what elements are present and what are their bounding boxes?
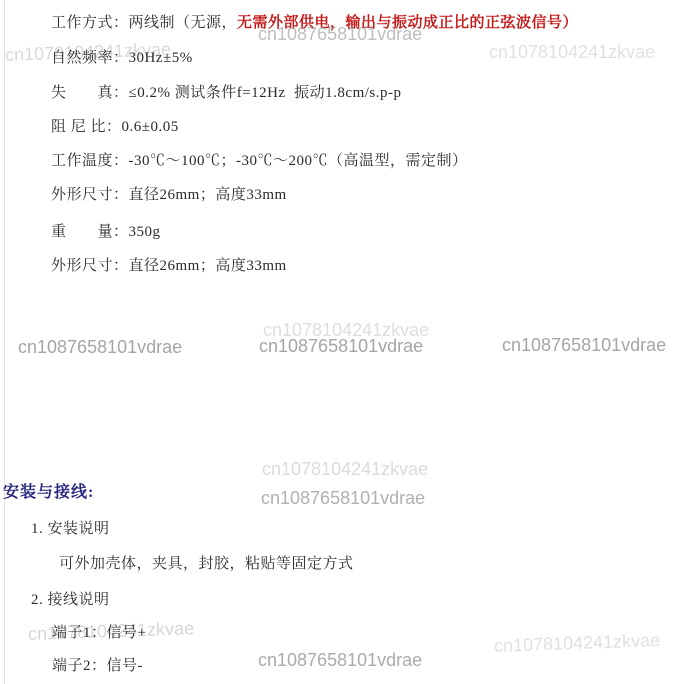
watermark-bottom-right: cn1078104241zkvae [494,630,661,657]
spec-damping-ratio: 阻 尼 比：0.6±0.05 [51,118,179,136]
spec-dimensions-repeat: 外形尺寸：直径26mm；高度33mm [51,257,287,275]
watermark-top-right: cn1078104241zkvae [489,42,655,63]
spec-working-mode-text: 工作方式：两线制（无源， [51,15,237,31]
spec-operating-temperature: 工作温度：-30℃～100℃；-30℃～200℃（高温型，需定制） [51,152,468,170]
spec-dimensions: 外形尺寸：直径26mm；高度33mm [51,186,287,204]
page-left-border [4,0,5,684]
watermark-bottom-center: cn1087658101vdrae [258,650,422,671]
spec-weight: 重 量：350g [51,223,161,241]
watermark-middle-center: cn1087658101vdrae [259,336,423,357]
watermark-top-center: cn1087658101vdrae [258,24,422,45]
terminal-1-signal-plus: 端子1：信号+ [52,621,146,642]
install-instructions-detail: 可外加壳体，夹具，封胶，粘贴等固定方式 [59,552,354,573]
terminal-2-signal-minus: 端子2：信号- [52,654,143,675]
watermark-middle-right: cn1087658101vdrae [502,335,666,356]
product-spec-document: 工作方式：两线制（无源，无需外部供电，输出与振动成正比的正弦波信号） 自然频率：… [0,0,685,684]
watermark-above-heading: cn1078104241zkvae [262,459,428,480]
spec-natural-frequency: 自然频率：30Hz±5% [51,49,193,67]
spec-distortion: 失 真：≤0.2% 测试条件f=12Hz 振动1.8cm/s.p-p [51,84,402,102]
watermark-middle-left: cn1087658101vdrae [18,337,182,358]
install-instructions-item: 1. 安装说明 [31,517,110,538]
install-wiring-heading: 安装与接线: [3,479,94,502]
wiring-instructions-item: 2. 接线说明 [31,588,110,609]
watermark-below-heading: cn1087658101vdrae [261,488,425,509]
